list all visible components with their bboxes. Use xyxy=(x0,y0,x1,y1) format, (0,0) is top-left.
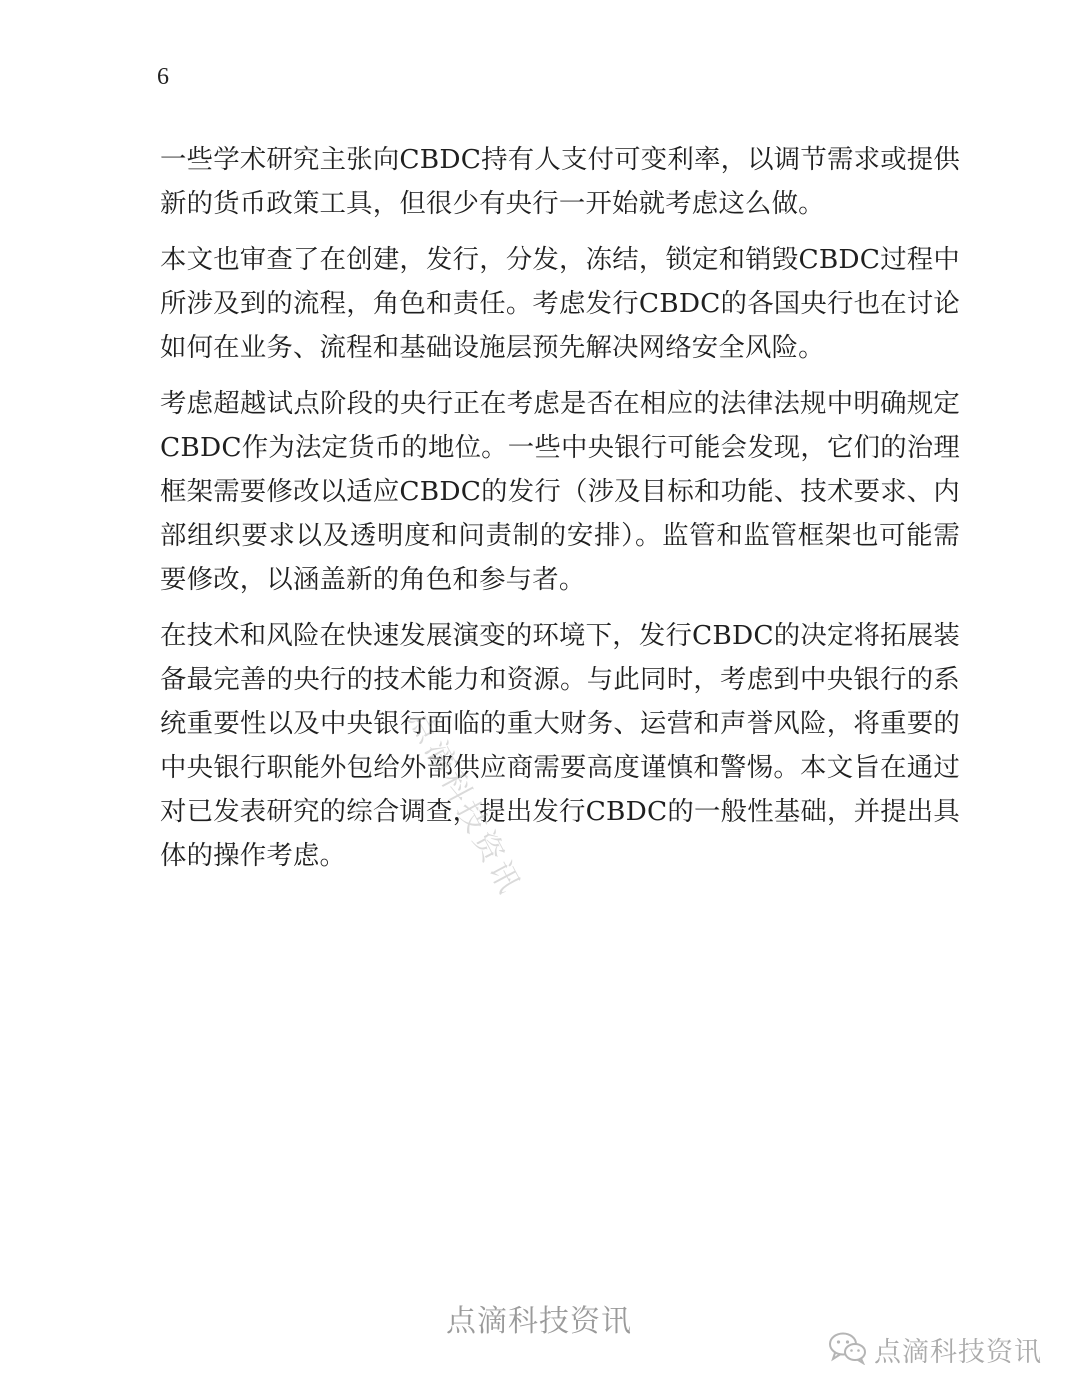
paragraph-interest-rates: 一些学术研究主张向CBDC持有人支付可变利率，以调节需求或提供新的货币政策工具，… xyxy=(160,138,960,226)
wechat-account-badge: 点滴科技资讯 xyxy=(828,1330,1042,1369)
document-body: 一些学术研究主张向CBDC持有人支付可变利率，以调节需求或提供新的货币政策工具，… xyxy=(160,138,960,890)
paragraph-processes-roles: 本文也审查了在创建，发行，分发，冻结，锁定和销毁CBDC过程中所涉及到的流程，角… xyxy=(160,238,960,370)
page-number: 6 xyxy=(157,64,169,91)
paragraph-technology-risk: 在技术和风险在快速发展演变的环境下，发行CBDC的决定将拓展装备最完善的央行的技… xyxy=(160,614,960,878)
footer-brand-text: 点滴科技资讯 xyxy=(446,1296,632,1340)
paragraph-legal-framework: 考虑超越试点阶段的央行正在考虑是否在相应的法律法规中明确规定CBDC作为法定货币… xyxy=(160,382,960,602)
wechat-account-name: 点滴科技资讯 xyxy=(874,1330,1042,1369)
wechat-icon xyxy=(828,1331,868,1369)
